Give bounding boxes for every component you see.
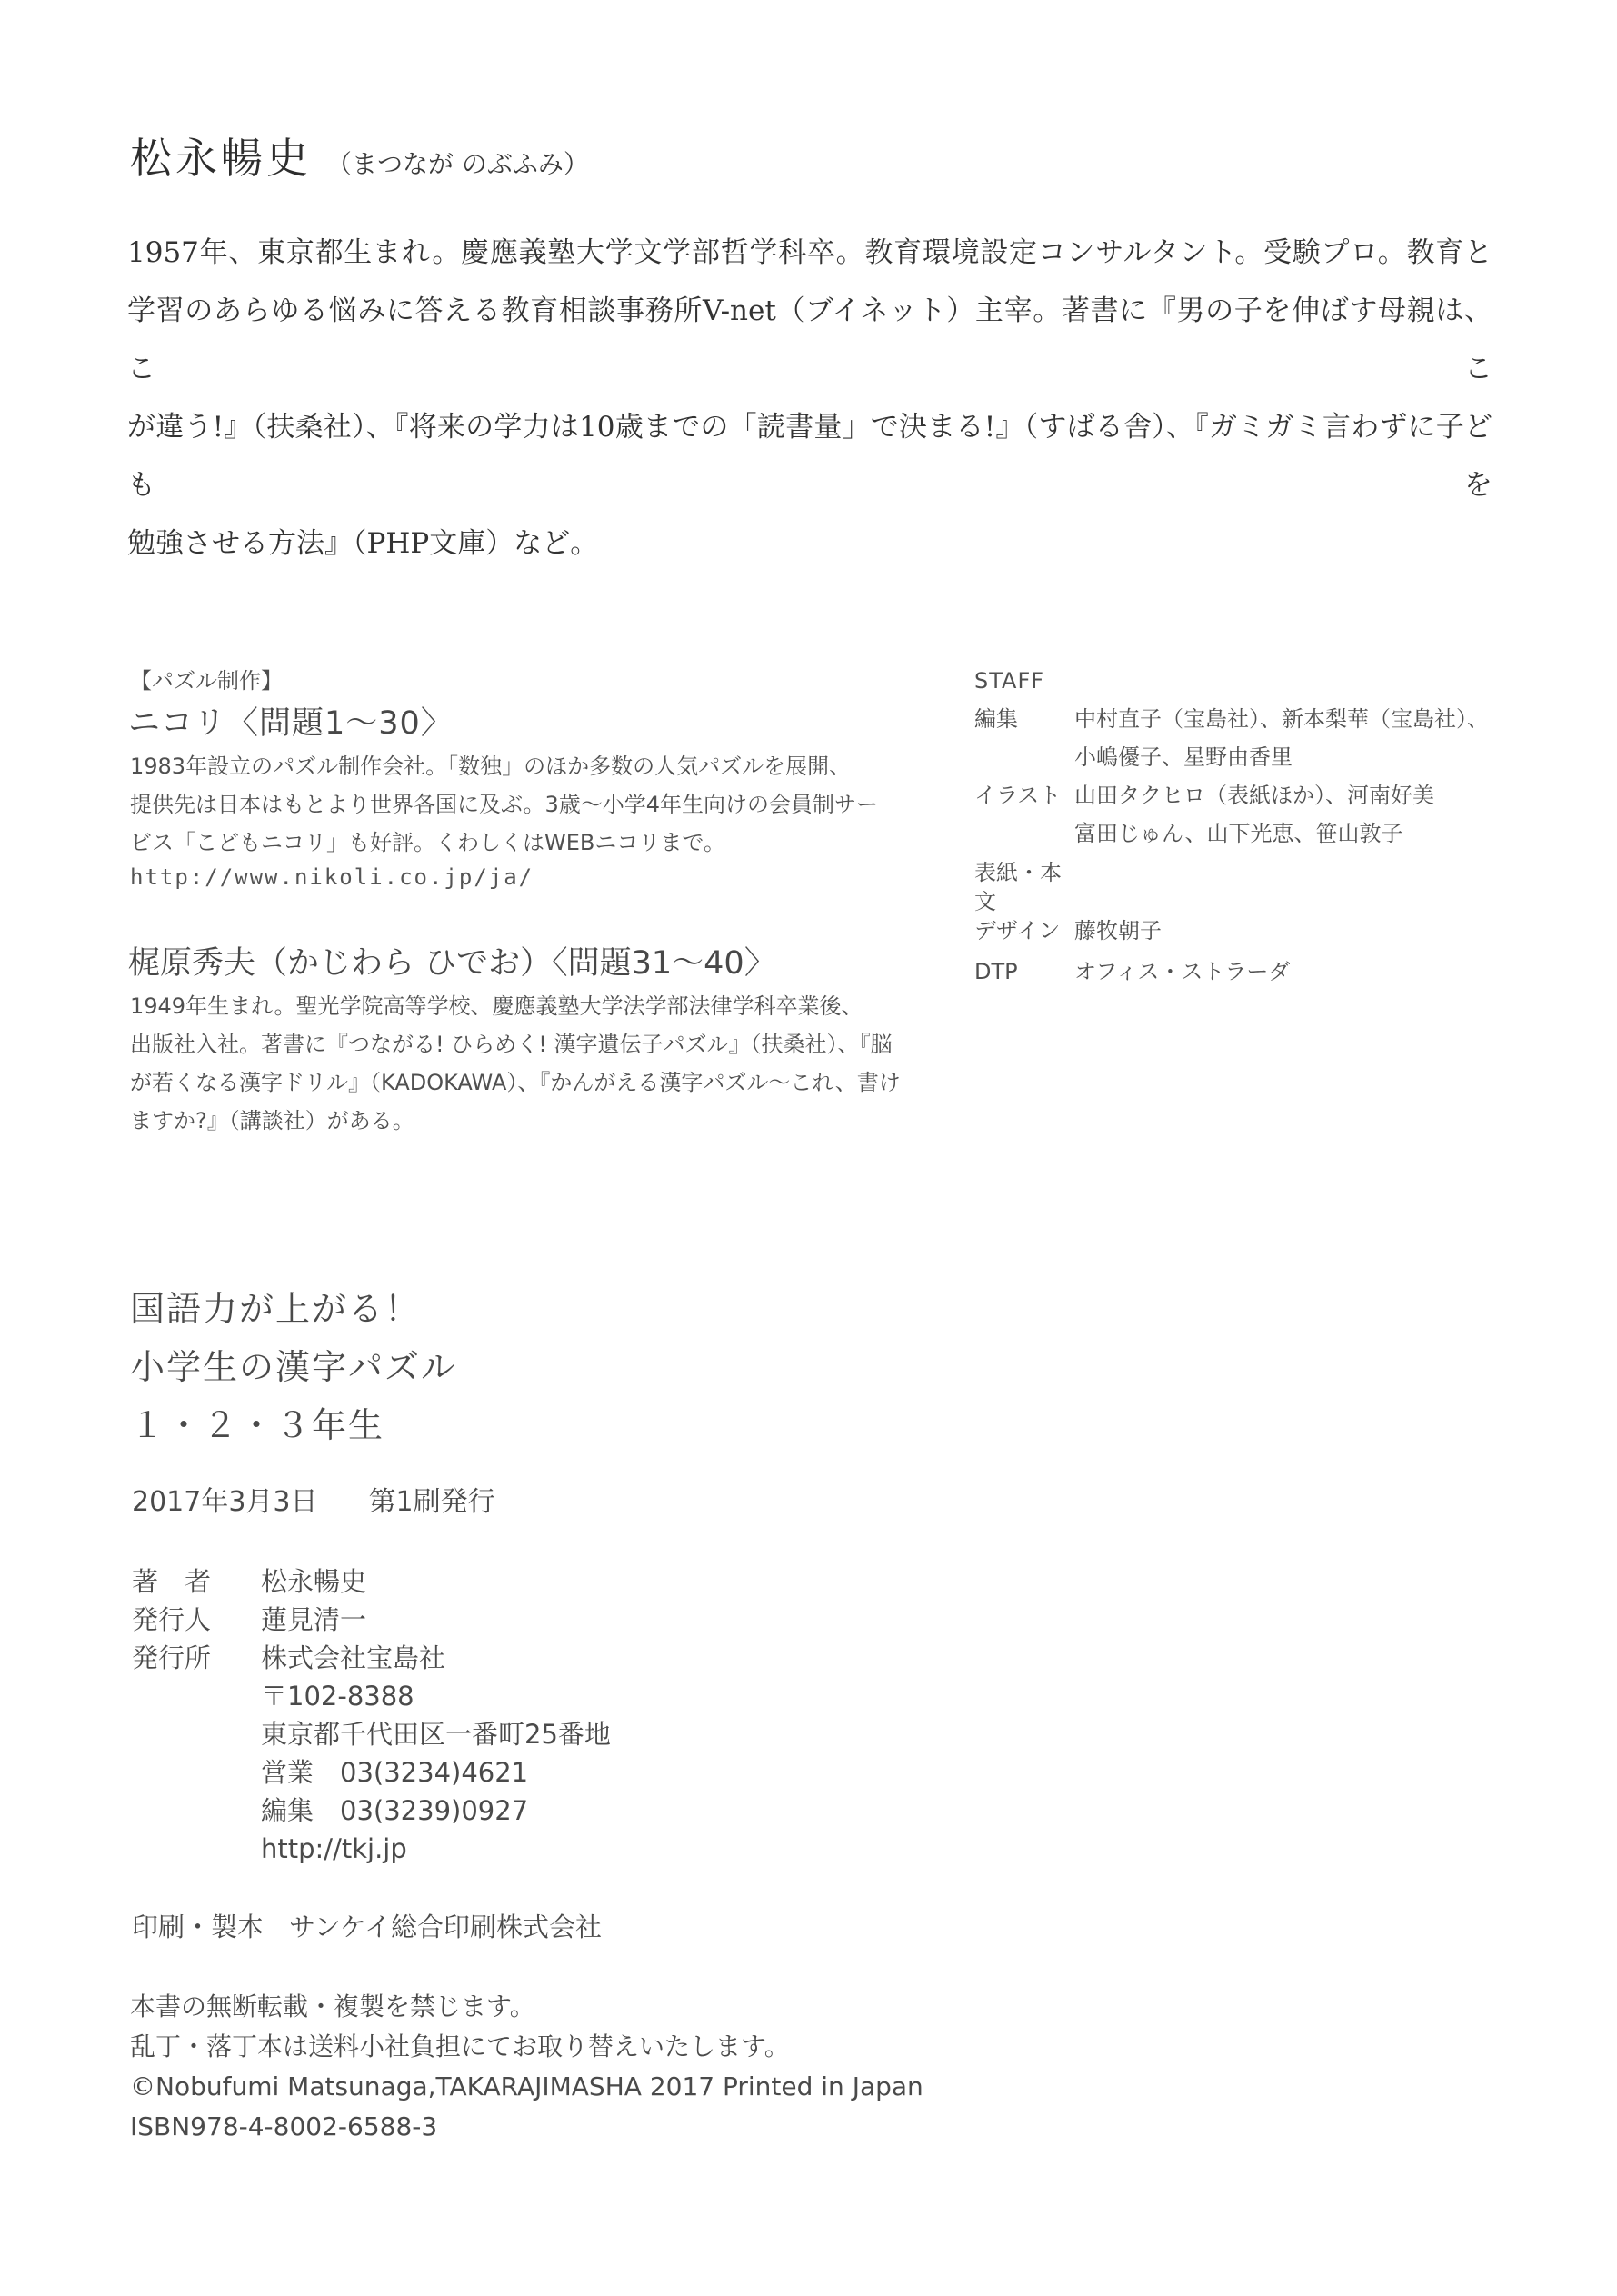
staff-value: オフィス・ストラーダ [1074, 953, 1538, 991]
author-name-reading: （まつなが のぶふみ） [326, 149, 589, 179]
kajiwara-bio-line: が若くなる漢字ドリル』（KADOKAWA）、『かんがえる漢字パズル〜これ、書け [130, 1063, 966, 1102]
publisher-row-label [132, 1830, 261, 1868]
staff-value-line: 中村直子（宝島社）、新本梨華（宝島社）、 [1074, 700, 1538, 738]
publisher-row-postcode: 〒102-8388 [132, 1677, 611, 1715]
publisher-block: 著 者 松永暢史 発行人 蓮見清一 発行所 株式会社宝島社 〒102-8388 … [132, 1562, 611, 1868]
staff-value-line: 山田タクヒロ（表紙ほか）、河南好美 [1074, 776, 1538, 814]
legal-line-defective-copies: 乱丁・落丁本は送料小社負担にてお取り替えいたします。 [130, 2027, 923, 2067]
kajiwara-bio: 1949年生まれ。聖光学院高等学校、慶應義塾大学法学部法律学科卒業後、 出版社入… [130, 987, 966, 1140]
nikoli-bio-line: 提供先は日本はもとより世界各国に及ぶ。3歳〜小学4年生向けの会員制サー [130, 785, 948, 824]
isbn: ISBN978-4-8002-6588-3 [130, 2107, 923, 2147]
staff-value: 山田タクヒロ（表紙ほか）、河南好美 富田じゅん、山下光恵、笹山敦子 [1074, 776, 1538, 853]
publisher-row-value: 蓮見清一 [261, 1601, 366, 1639]
author-bio-line: 1957年、東京都生まれ。慶應義塾大学文学部哲学科卒。教育環境設定コンサルタント… [127, 224, 1492, 282]
publisher-url: http://tkj.jp [261, 1830, 407, 1868]
staff-value: 中村直子（宝島社）、新本梨華（宝島社）、 小嶋優子、星野由香里 [1074, 700, 1538, 776]
publication-date: 2017年3月3日 [132, 1486, 318, 1518]
staff-label: 編集 [974, 700, 1074, 738]
staff-row-editing: 編集 中村直子（宝島社）、新本梨華（宝島社）、 小嶋優子、星野由香里 [974, 700, 1538, 776]
author-bio-line: 学習のあらゆる悩みに答える教育相談事務所V-net（ブイネット）主宰。著書に『男… [127, 282, 1492, 398]
kajiwara-bio-line: ますか?』（講談社）がある。 [130, 1102, 966, 1140]
printing-row: 印刷・製本サンケイ総合印刷株式会社 [132, 1908, 602, 1946]
legal-line-no-reproduction: 本書の無断転載・複製を禁じます。 [130, 1987, 923, 2027]
book-title-line: １・２・３年生 [130, 1396, 457, 1454]
publisher-row-label: 著 者 [132, 1562, 261, 1601]
publisher-row-address: 東京都千代田区一番町25番地 [132, 1715, 611, 1753]
staff-label: イラスト [974, 776, 1074, 814]
printing-company: サンケイ総合印刷株式会社 [289, 1912, 602, 1942]
publisher-row-label: 発行所 [132, 1639, 261, 1677]
nikoli-bio-line: 1983年設立のパズル制作会社。「数独」のほか多数の人気パズルを展開、 [130, 747, 948, 785]
staff-row-illustration: イラスト 山田タクヒロ（表紙ほか）、河南好美 富田じゅん、山下光恵、笹山敦子 [974, 776, 1538, 853]
publisher-row-url: http://tkj.jp [132, 1830, 611, 1868]
staff-label: 表紙・本文 デザイン [974, 858, 1074, 945]
staff-label-line: 表紙・本文 [974, 858, 1074, 916]
kajiwara-heading: 梶原秀夫（かじわら ひでお）〈問題31〜40〉 [128, 942, 776, 985]
publisher-row-issuer: 発行人 蓮見清一 [132, 1601, 611, 1639]
author-bio-line: が違う!』（扶桑社）、『将来の学力は10歳までの「読書量」で決まる!』（すばる舎… [127, 398, 1492, 514]
nikoli-heading: ニコリ〈問題1〜30〉 [128, 702, 454, 745]
publisher-row-value: 東京都千代田区一番町25番地 [261, 1715, 611, 1753]
publisher-row-label [132, 1715, 261, 1753]
kajiwara-bio-line: 出版社入社。著書に『つながる! ひらめく! 漢字遺伝子パズル』（扶桑社）、『脳 [130, 1025, 966, 1063]
edition-label: 第1刷発行 [369, 1486, 495, 1518]
staff-label-line: デザイン [974, 916, 1074, 945]
publisher-row-label: 発行人 [132, 1601, 261, 1639]
publisher-row-value: 〒102-8388 [261, 1677, 414, 1715]
staff-row-design: 表紙・本文 デザイン 藤牧朝子 [974, 858, 1538, 945]
kajiwara-bio-line: 1949年生まれ。聖光学院高等学校、慶應義塾大学法学部法律学科卒業後、 [130, 987, 966, 1025]
puzzle-credits-section-label: 【パズル制作】 [130, 662, 283, 700]
book-title: 国語力が上がる！ 小学生の漢字パズル １・２・３年生 [130, 1280, 457, 1454]
publisher-row-label [132, 1792, 261, 1830]
publisher-row-editorial-phone: 編集 03(3239)0927 [132, 1792, 611, 1830]
book-title-line: 小学生の漢字パズル [130, 1338, 457, 1396]
colophon-page: 松永暢史（まつなが のぶふみ） 1957年、東京都生まれ。慶應義塾大学文学部哲学… [0, 0, 1617, 2296]
copyright-line: ©Nobufumi Matsunaga,TAKARAJIMASHA 2017 P… [130, 2067, 923, 2107]
nikoli-bio: 1983年設立のパズル制作会社。「数独」のほか多数の人気パズルを展開、 提供先は… [130, 747, 948, 862]
publisher-row-author: 著 者 松永暢史 [132, 1562, 611, 1601]
staff-value-line: 富田じゅん、山下光恵、笹山敦子 [1074, 814, 1538, 853]
staff-row-dtp: DTP オフィス・ストラーダ [974, 953, 1538, 991]
staff-value: 藤牧朝子 [1074, 916, 1538, 945]
publisher-row-value: 編集 03(3239)0927 [261, 1792, 528, 1830]
nikoli-url: http://www.nikoli.co.jp/ja/ [130, 858, 534, 896]
printing-label: 印刷・製本 [132, 1912, 264, 1942]
author-heading: 松永暢史（まつなが のぶふみ） [130, 125, 589, 185]
publisher-row-value: 松永暢史 [261, 1562, 366, 1601]
publisher-row-label [132, 1677, 261, 1715]
publisher-row-label [132, 1753, 261, 1792]
edition-row: 2017年3月3日第1刷発行 [132, 1483, 495, 1522]
author-name: 松永暢史 [130, 134, 312, 183]
publisher-row-sales-phone: 営業 03(3234)4621 [132, 1753, 611, 1792]
staff-label: DTP [974, 953, 1074, 991]
author-bio-line: 勉強させる方法』（PHP文庫）など。 [127, 514, 1492, 573]
staff-heading: STAFF [974, 662, 1538, 700]
publisher-row-publisher: 発行所 株式会社宝島社 [132, 1639, 611, 1677]
book-title-line: 国語力が上がる！ [130, 1280, 457, 1338]
publisher-row-value: 営業 03(3234)4621 [261, 1753, 528, 1792]
staff-value-line: 小嶋優子、星野由香里 [1074, 738, 1538, 776]
legal-block: 本書の無断転載・複製を禁じます。 乱丁・落丁本は送料小社負担にてお取り替えいたし… [130, 1987, 923, 2147]
author-bio: 1957年、東京都生まれ。慶應義塾大学文学部哲学科卒。教育環境設定コンサルタント… [127, 224, 1492, 573]
nikoli-bio-line: ビス「こどもニコリ」も好評。くわしくはWEBニコリまで。 [130, 824, 948, 862]
publisher-row-value: 株式会社宝島社 [261, 1639, 445, 1677]
staff-section: STAFF 編集 中村直子（宝島社）、新本梨華（宝島社）、 小嶋優子、星野由香里… [974, 662, 1538, 991]
